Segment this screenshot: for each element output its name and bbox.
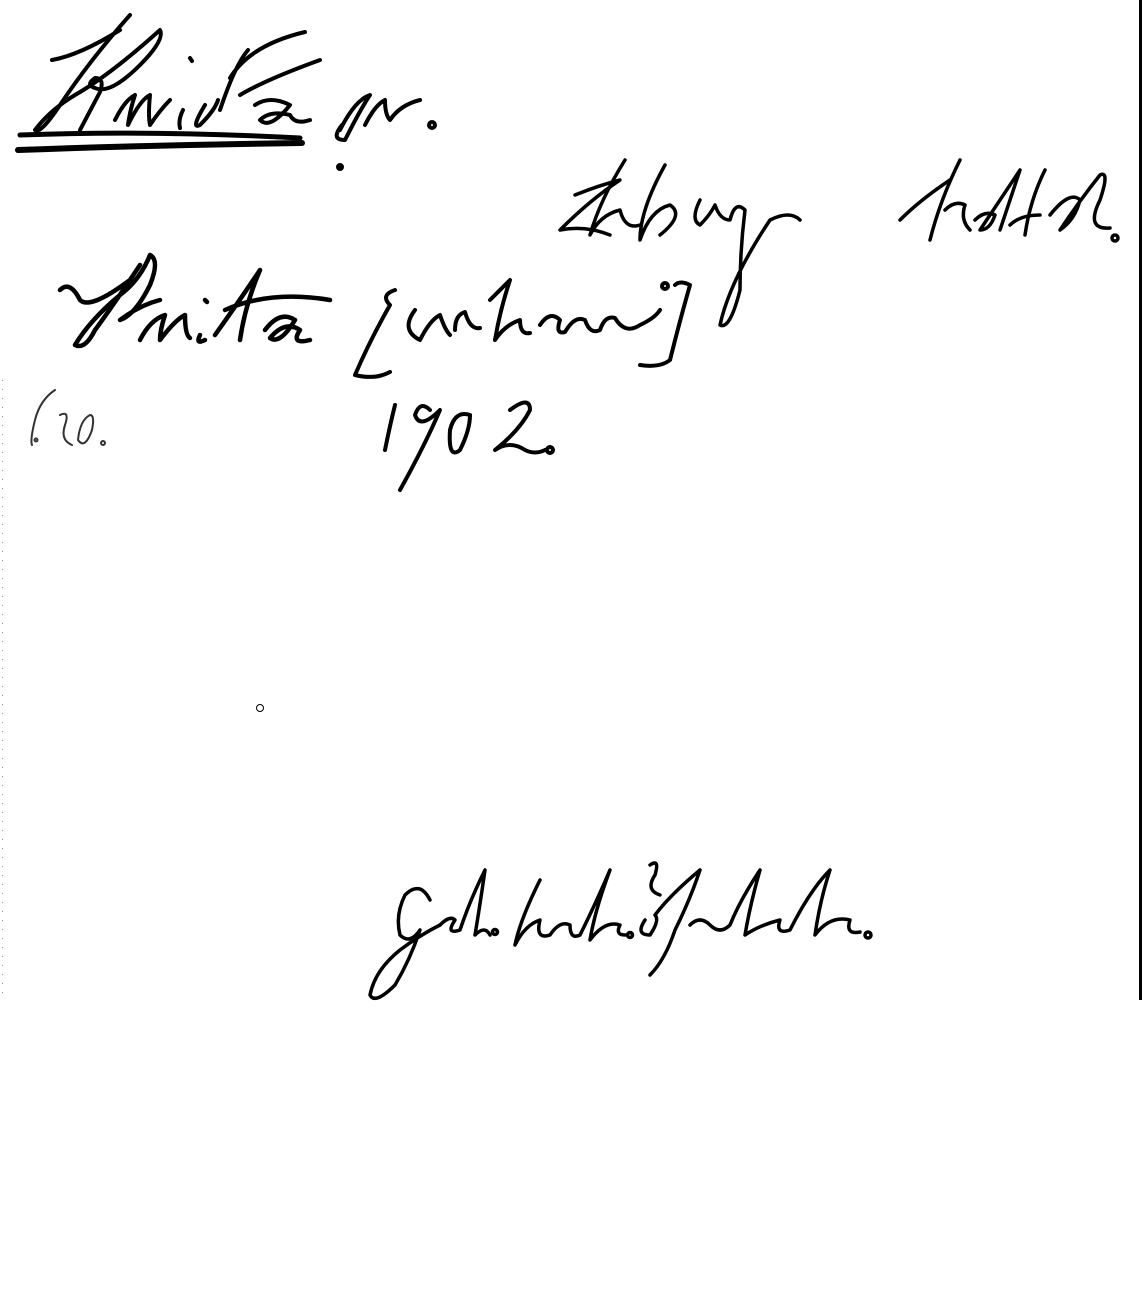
source-ink — [370, 863, 871, 998]
ink-speck — [257, 705, 264, 712]
entry-name-ink — [60, 255, 330, 346]
district-ink — [560, 160, 1118, 326]
handwriting-ink — [0, 0, 1145, 1306]
index-card: Kniista sn. Edsbergs hd. Nrk. Kniista [s… — [0, 0, 1145, 1306]
entry-bracket-ink — [355, 280, 690, 377]
year-ink — [385, 403, 553, 491]
headword-ink — [18, 15, 320, 150]
headword-suffix-ink — [337, 95, 435, 169]
margin-note-ink — [31, 390, 105, 445]
